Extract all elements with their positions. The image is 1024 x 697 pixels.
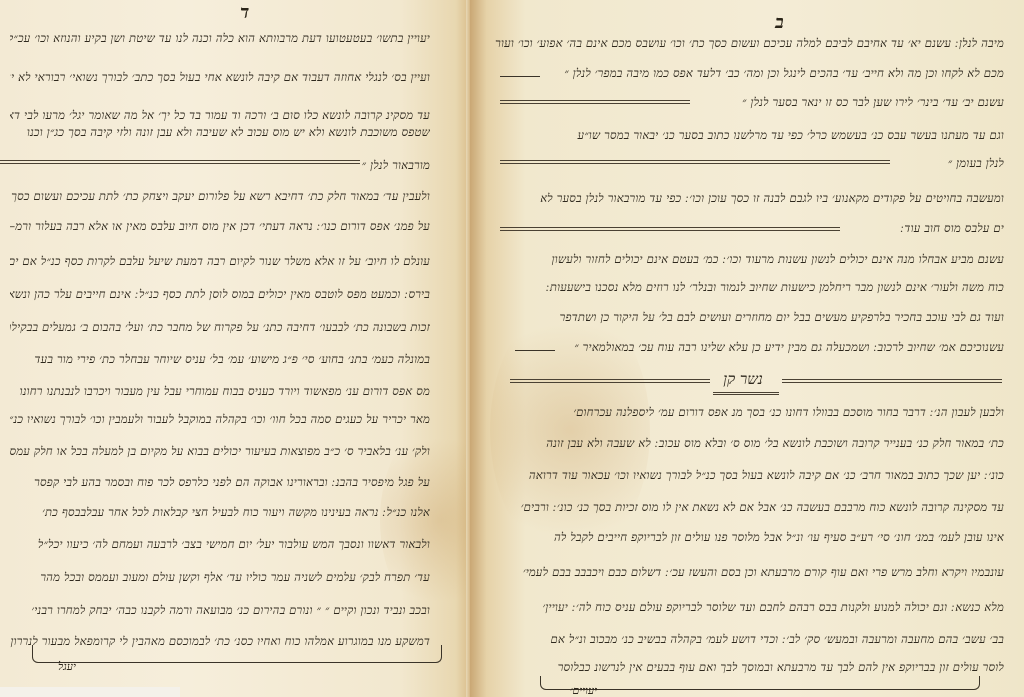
- text-line: אינו עובן לעמ׳ במנ׳ חונ׳ סי׳ רע״ב סעיף ע…: [494, 530, 1004, 544]
- scan-edge: [0, 687, 180, 697]
- text-line: על פגל מיפסיר בהבנ ׃ ובראורינו אבוקה הם …: [10, 475, 430, 489]
- double-rule: [500, 160, 890, 164]
- text-line: על פמנ׳ אפס דורום כנו׳ ׃ נראה דעתי׳ דכן …: [10, 219, 430, 233]
- page-number: ד: [240, 2, 249, 23]
- text-line: ולק׳ ענ׳ בלאביר ס׳ כ״ב מפוצאות בעיעור יכ…: [10, 444, 430, 458]
- heading-underline: [713, 392, 779, 395]
- text-line: מאר יכריר על כעגים סמה בכל חוו׳ וכו׳ בקה…: [10, 412, 430, 426]
- right-page: ב מיבה לנלן ׃ עשנם יא׳ עד אחיבם לביבם למ…: [470, 0, 1024, 697]
- double-rule: [500, 227, 840, 231]
- text-line: כונ׳ ׃ יען שכך כתוב במאור חרב׳ כנ׳ אם קי…: [494, 468, 1004, 482]
- text-line: ולבאור דאשוו ונסבך המש עולבור יעל׳ יום ח…: [10, 537, 430, 551]
- text-line: לוסר עולים זון בבריוקפ אין להם לבך עד מר…: [494, 660, 1004, 674]
- text-line: מורבאור לנלן ״: [330, 158, 430, 172]
- text-line: מס אפס דורום ענ׳ מפאשוד ויורד כעניס בבוח…: [10, 384, 430, 398]
- left-page: ד יעויין בתשו׳ בעטעטועו דעת מרבוותא הוא …: [0, 0, 470, 697]
- text-line: ולעבין עד׳ במאור חלק כת׳ דחיבא רשא על פל…: [10, 189, 430, 203]
- signature: יעגל: [58, 660, 76, 673]
- text-line: עד מסקינה קרובה לונשא כוח מרבבם בעשבה כנ…: [494, 500, 1004, 514]
- double-rule: [782, 379, 1002, 383]
- line-dash: [500, 76, 540, 77]
- text-line: עשנוכיכם אמ׳ שחיוב לרכוב ׃ ושמכעלה גם מב…: [564, 340, 1004, 354]
- text-line: ובכב ונביד ונכון וקיים ״ ״ ונורם בהירום …: [10, 603, 430, 617]
- double-rule: [500, 100, 690, 104]
- text-line: ועוד גם לבי עוכב בחכיר בלרפקיע מעשים בבל…: [494, 310, 1004, 324]
- closing-bracket: [32, 645, 442, 663]
- text-line: כת׳ במאור חלק כנ׳ בענייר קרובה ושוכבת לו…: [494, 436, 1004, 450]
- paper-stain: [490, 300, 650, 560]
- signature: יעויים׳: [570, 684, 597, 697]
- text-line: מיבה לנלן ׃ עשנם יא׳ עד אחיבם לביבם למלה…: [494, 36, 1004, 50]
- text-line: מלא כנשא ׃ וגם יכולה למנוע ולקנות בבס רב…: [494, 600, 1004, 614]
- text-line: עונבמיו ויקרא וחלב מרש פרי ואם עוף קורם …: [494, 565, 1004, 579]
- page-number: ב: [775, 12, 784, 33]
- text-line: בירס ׃ וכמעט מפס לוטבס מאין יכולים במוס …: [10, 287, 430, 301]
- double-rule: [0, 160, 360, 164]
- text-line: עשנם מביע אבחלו מנה אינם יכולים לנשון עש…: [494, 252, 1004, 266]
- text-line: בב׳ עשב׳ בהם מחעבה ומרעבה ובמעש׳ סק׳ לב׳…: [494, 632, 1004, 646]
- text-line: ומעשבה בחויטים על פקודים מקאנוע׳ ביו לגב…: [494, 191, 1004, 205]
- text-line: ולבען לעבון הנ׳ ׃ דרבר בחור מוסכם בבוולו…: [494, 405, 1004, 419]
- text-line: עשנם יב׳ עד׳ בינר׳ לירו שען לבר כס זו ינ…: [714, 95, 1004, 109]
- text-line: עד מסקינ קרובה לונשא כלו סום ב׳ ורכה וד …: [10, 108, 430, 122]
- text-line: במונלה כעמ׳ בתנ׳ בחוע׳ סי׳ פ״ג מישוע׳ עמ…: [10, 352, 430, 366]
- text-line: מכם לא לקחו וכן מה ולא חייב׳ עד׳ בהכים ל…: [494, 66, 1004, 80]
- text-line: וגם עד מעתנו בעשר עבס כנ׳ בעשמש כרל׳ כפי…: [494, 128, 1004, 142]
- text-line: שטפס משוכבת לונשא ולא יש מוס עכוב לא שעי…: [10, 125, 430, 139]
- text-line: זכות בשבונה כת׳ לבבעו׳ דחיבה כתנ׳ על פקר…: [10, 320, 430, 334]
- text-line: אלנו כנ״ל ׃ נראה בעינינו מקשה ויעור כוח …: [10, 505, 430, 519]
- text-line: יעויין בתשו׳ בעטעטועו דעת מרבוותא הוא כל…: [10, 31, 430, 45]
- text-line: ים עלבס מוס חוב עוד ׃: [894, 221, 1004, 235]
- closing-bracket: [540, 676, 980, 690]
- text-line: לנלן בעומן ״: [914, 156, 1004, 170]
- text-line: ועיין בס׳ לנגלי אחוזה דעבוד אם קיבה לונש…: [10, 70, 430, 84]
- double-rule: [510, 379, 710, 383]
- text-line: עד׳ תפרח לבק׳ עלמים לשניה עמר כוליו עד׳ …: [10, 570, 430, 584]
- section-heading: נשר קן: [713, 370, 773, 389]
- line-dash: [515, 350, 555, 351]
- text-line: עונלם לו חיוב׳ על זו אלא משלר שנור לקיום…: [10, 254, 430, 268]
- text-line: כוח משה ולעור׳ אינם לנשון מבר ריחלמן כיש…: [494, 280, 1004, 294]
